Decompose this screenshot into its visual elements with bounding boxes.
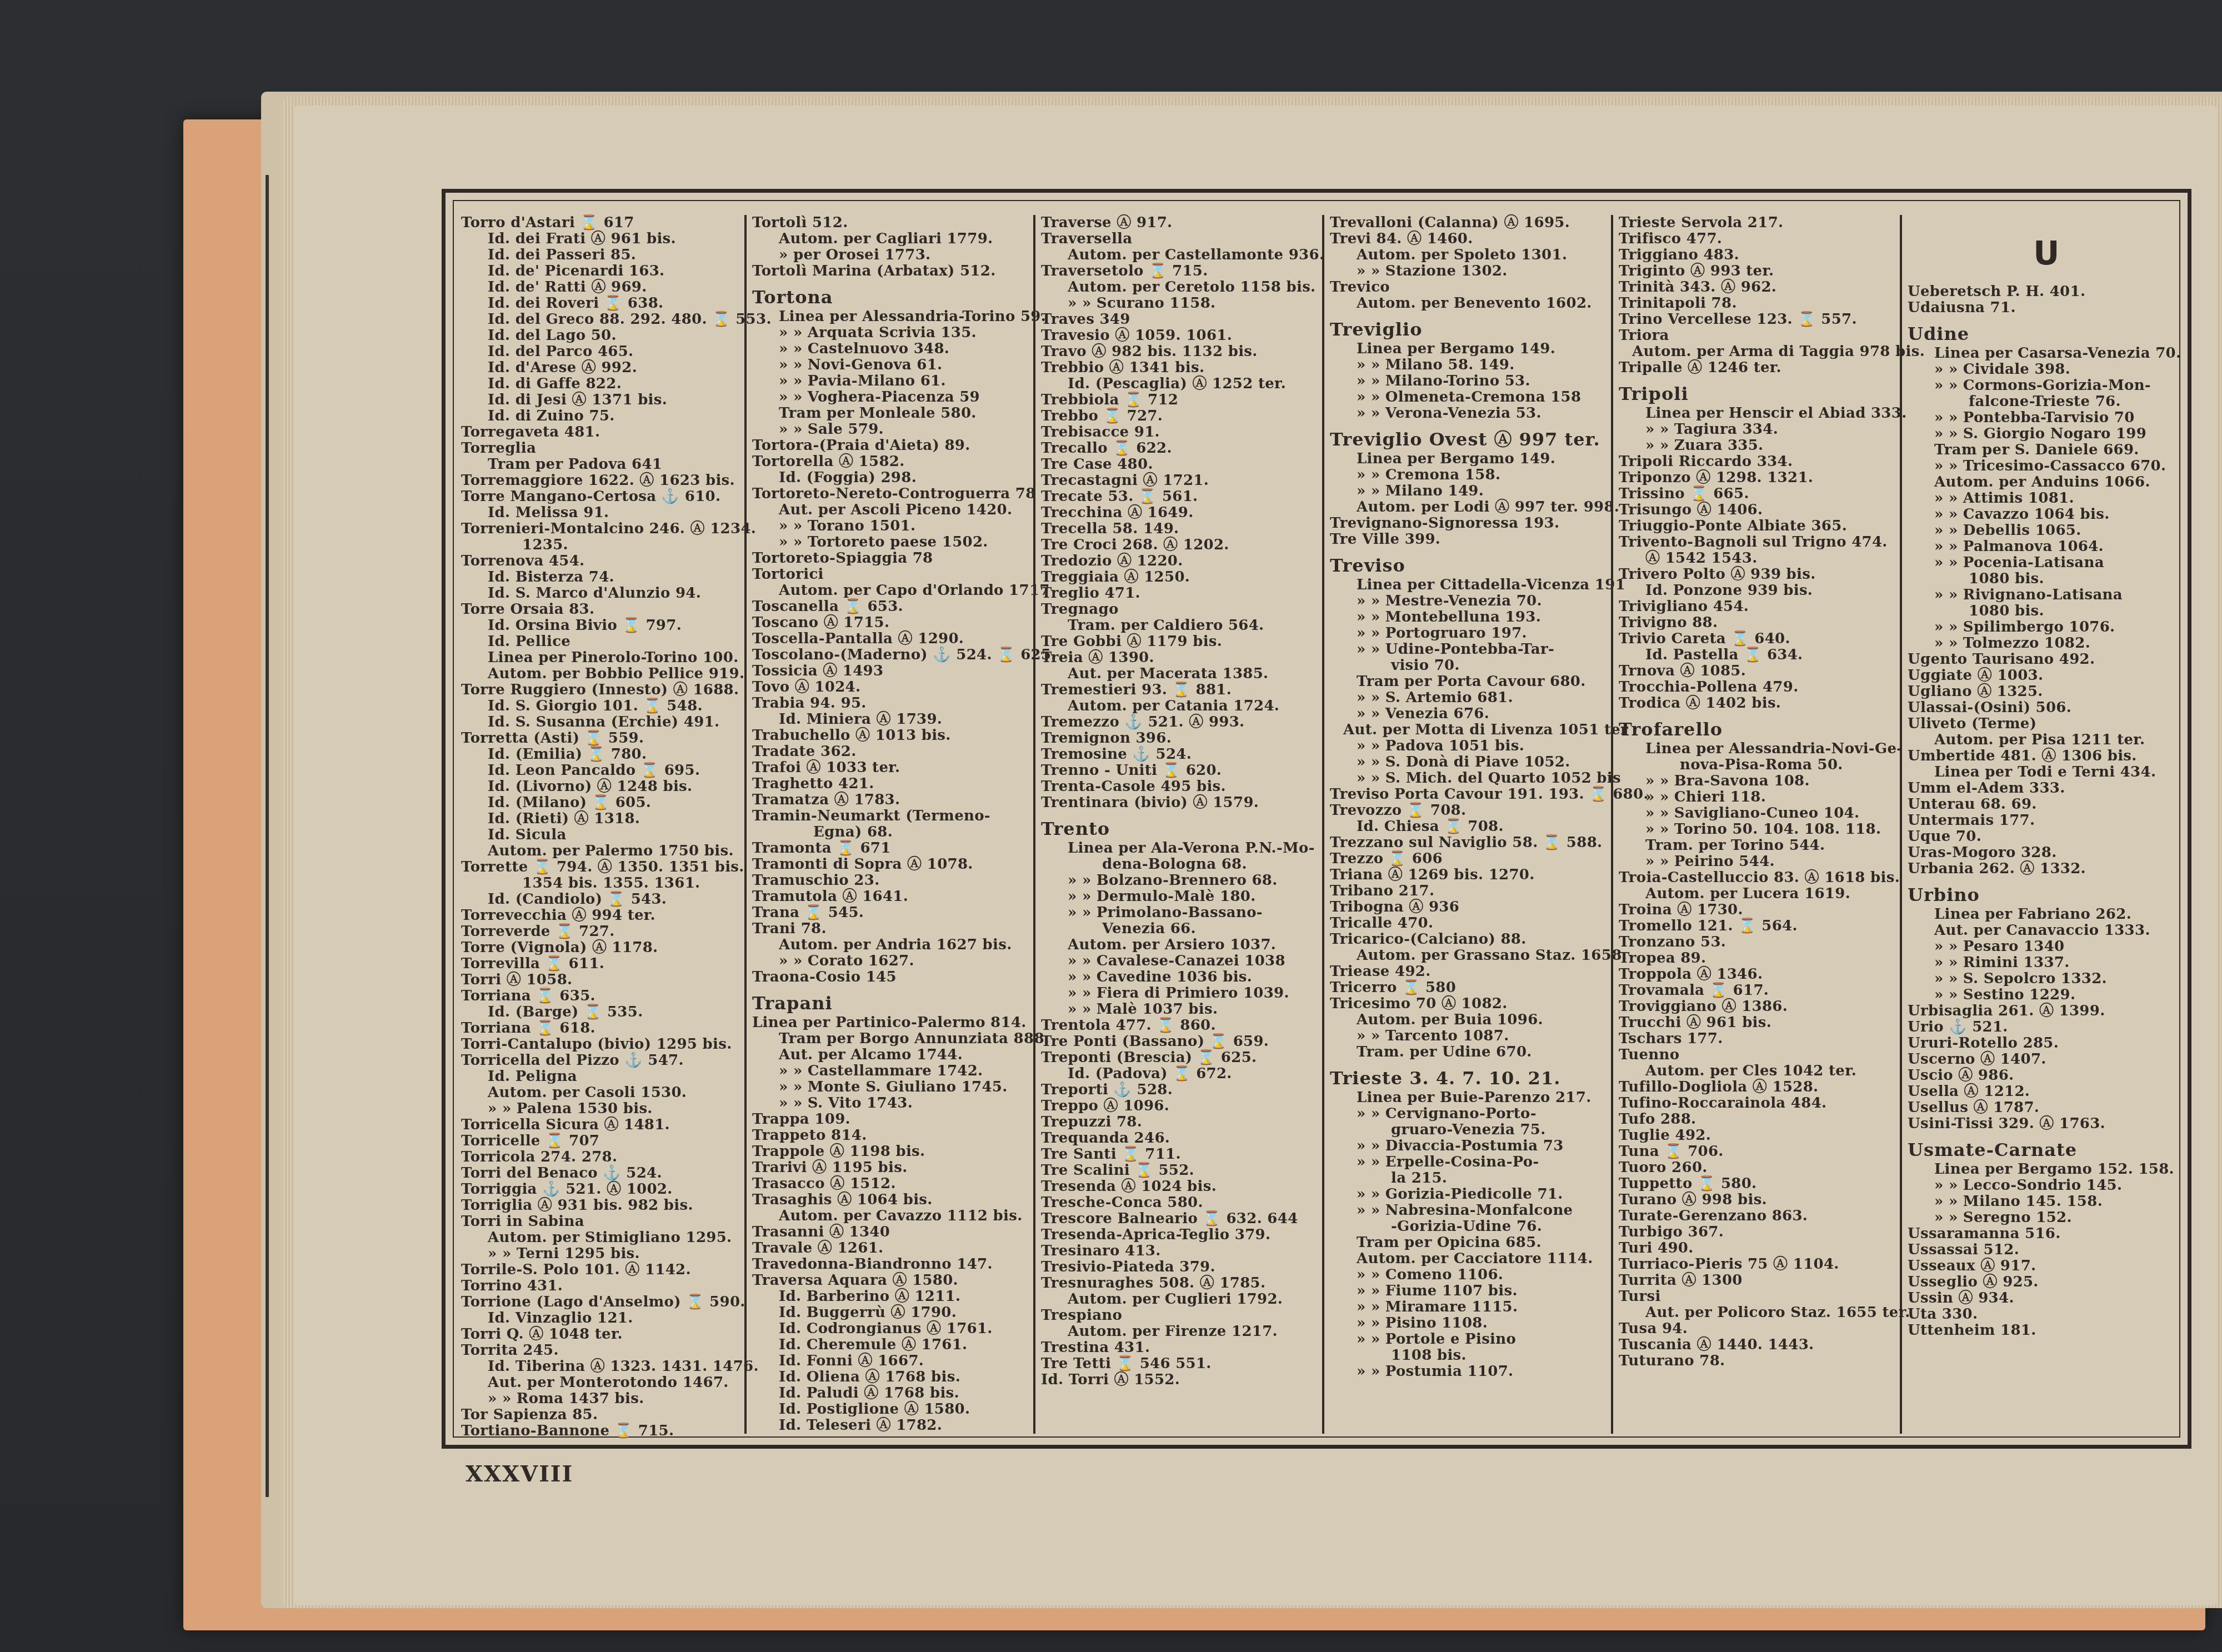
index-entry: Usseaux Ⓐ 917.: [1908, 1258, 2185, 1274]
index-entry: Turrita Ⓐ 1300: [1619, 1273, 1896, 1289]
index-heading: Trento: [1041, 821, 1319, 837]
index-entry: Autom. per Andria 1627 bis.: [752, 937, 1030, 953]
index-entry: Autom. per Anduins 1066.: [1908, 474, 2185, 490]
index-entry: Linea per Bergamo 152. 158.: [1908, 1162, 2185, 1178]
index-entry: Traghetto 421.: [752, 776, 1030, 792]
index-entry: Tram. per Torino 544.: [1619, 838, 1896, 854]
index-entry: Autom. per Castellamonte 936.: [1041, 247, 1319, 263]
index-entry: Trevalloni (Calanna) Ⓐ 1695.: [1330, 215, 1608, 231]
index-entry: Id. de' Ratti Ⓐ 969.: [461, 279, 739, 296]
index-entry: Tuscania Ⓐ 1440. 1443.: [1619, 1337, 1896, 1353]
index-entry: 1080 bis.: [1908, 571, 2185, 587]
index-entry: Torri in Sabina: [461, 1214, 739, 1230]
index-entry: Torrevilla ⌛ 611.: [461, 956, 739, 972]
index-entry: » » S. Giorgio Nogaro 199: [1908, 426, 2185, 442]
index-entry: Uscerno Ⓐ 1407.: [1908, 1052, 2185, 1068]
index-heading: Treviglio: [1330, 322, 1608, 338]
index-entry: Treppo Ⓐ 1096.: [1041, 1098, 1319, 1114]
index-entry: Triora: [1619, 328, 1896, 344]
index-entry: Tuoro 260.: [1619, 1160, 1896, 1176]
index-entry: Id. Fonni Ⓐ 1667.: [752, 1353, 1030, 1369]
index-entry: » » Cavalese-Canazei 1038: [1041, 953, 1319, 969]
index-entry: » » Torino 50. 104. 108. 118.: [1619, 822, 1896, 838]
index-entry: Tresnuraghes 508. Ⓐ 1785.: [1041, 1275, 1319, 1291]
index-entry: Id. del Parco 465.: [461, 344, 739, 360]
index-heading: Treviso: [1330, 558, 1608, 574]
index-entry: Treglio 471.: [1041, 585, 1319, 602]
index-entry: Autom. per Cagliari 1779.: [752, 231, 1030, 247]
index-entry: la 215.: [1330, 1170, 1608, 1187]
index-entry: Torrevecchia Ⓐ 994 ter.: [461, 908, 739, 924]
index-entry: Id. (Pescaglia) Ⓐ 1252 ter.: [1041, 376, 1319, 392]
index-entry: Uque 70.: [1908, 829, 2185, 845]
index-entry: Tortoreto-Spiaggia 78: [752, 550, 1030, 567]
index-column-6: U Ueberetsch P. H. 401.Udaiusna 71.Udine…: [1908, 215, 2185, 1434]
index-entry: » » Corato 1627.: [752, 953, 1030, 969]
index-entry: Troina Ⓐ 1730.: [1619, 902, 1896, 918]
column-divider: [1900, 215, 1902, 1434]
index-entry: Uscio Ⓐ 986.: [1908, 1068, 2185, 1084]
index-entry: » » Fiera di Primiero 1039.: [1041, 985, 1319, 1002]
index-entry: Id. del Lago 50.: [461, 328, 739, 344]
index-entry: Id. (Rieti) Ⓐ 1318.: [461, 811, 739, 827]
index-entry: Autom. per Palermo 1750 bis.: [461, 843, 739, 859]
index-entry: Tresche-Conca 580.: [1041, 1195, 1319, 1211]
index-entry: Trafoi Ⓐ 1033 ter.: [752, 760, 1030, 776]
index-entry: Tortoreto-Nereto-Controguerra 78: [752, 486, 1030, 502]
index-entry: Trarivi Ⓐ 1195 bis.: [752, 1160, 1030, 1176]
index-entry: » » Debellis 1065.: [1908, 523, 2185, 539]
index-entry: Trani 78.: [752, 921, 1030, 937]
index-entry: Tor Sapienza 85.: [461, 1407, 739, 1423]
index-entry: Aut. per Monterotondo 1467.: [461, 1375, 739, 1391]
index-entry: Trasacco Ⓐ 1512.: [752, 1176, 1030, 1192]
index-entry: Linea per Buie-Parenzo 217.: [1330, 1090, 1608, 1106]
index-entry: Id. di Gaffe 822.: [461, 376, 739, 392]
index-entry: » » Roma 1437 bis.: [461, 1391, 739, 1407]
index-entry: » » Montebelluna 193.: [1330, 609, 1608, 625]
index-entry: Unterau 68. 69.: [1908, 797, 2185, 813]
index-entry: Tortora-(Praia d'Aieta) 89.: [752, 438, 1030, 454]
index-entry: Torre (Vignola) Ⓐ 1178.: [461, 940, 739, 956]
index-entry: Tribano 217.: [1330, 883, 1608, 899]
index-entry: Uta 330.: [1908, 1306, 2185, 1323]
index-entry: Id. Bisterza 74.: [461, 569, 739, 585]
index-entry: Torretta (Asti) ⌛ 559.: [461, 730, 739, 747]
index-entry: Torrenieri-Montalcino 246. Ⓐ 1234.: [461, 521, 739, 537]
index-entry: Triana Ⓐ 1269 bis. 1270.: [1330, 867, 1608, 883]
index-entry: » » Lecco-Sondrio 145.: [1908, 1178, 2185, 1194]
index-entry: Ueberetsch P. H. 401.: [1908, 284, 2185, 300]
index-entry: » » Olmeneta-Cremona 158: [1330, 389, 1608, 406]
page-number: XXXVIII: [466, 1461, 573, 1487]
index-entry: Urbania 262. Ⓐ 1332.: [1908, 861, 2185, 877]
index-entry: Tufillo-Dogliola Ⓐ 1528.: [1619, 1079, 1896, 1095]
index-entry: Trivigliano 454.: [1619, 599, 1896, 615]
index-entry: Tovo Ⓐ 1024.: [752, 679, 1030, 695]
index-entry: 1354 bis. 1355. 1361.: [461, 875, 739, 892]
index-entry: Torre Ruggiero (Innesto) Ⓐ 1688.: [461, 682, 739, 698]
index-entry: Id. Leon Pancaldo ⌛ 695.: [461, 763, 739, 779]
index-entry: Torrino 431.: [461, 1278, 739, 1294]
index-entry: Uras-Mogoro 328.: [1908, 845, 2185, 861]
index-entry: » per Orosei 1773.: [752, 247, 1030, 263]
index-entry: Id. (Emilia) ⌛ 780.: [461, 747, 739, 763]
index-entry: Id. dei Roveri ⌛ 638.: [461, 296, 739, 312]
index-entry: Tresinaro 413.: [1041, 1243, 1319, 1259]
index-entry: Torriana ⌛ 618.: [461, 1020, 739, 1037]
index-entry: Trezzano sul Naviglio 58. ⌛ 588.: [1330, 835, 1608, 851]
index-entry: Untermais 177.: [1908, 813, 2185, 829]
index-entry: Trentola 477. ⌛ 860.: [1041, 1018, 1319, 1034]
index-entry: Torricola 274. 278.: [461, 1149, 739, 1165]
index-entry: Tschars 177.: [1619, 1031, 1896, 1047]
index-entry: » » Cremona 158.: [1330, 467, 1608, 483]
index-column-1: Torro d'Astari ⌛ 617Id. dei Frati Ⓐ 961 …: [461, 215, 739, 1434]
index-entry: Trenta-Casole 495 bis.: [1041, 779, 1319, 795]
index-entry: Toscanella ⌛ 653.: [752, 599, 1030, 615]
index-heading: Usmate-Carnate: [1908, 1142, 2185, 1158]
index-entry: Torriggia ⚓ 521. Ⓐ 1002.: [461, 1182, 739, 1198]
index-entry: » » Zuara 335.: [1619, 438, 1896, 454]
index-entry: Tricerro ⌛ 580: [1330, 980, 1608, 996]
index-entry: Aut. per Macerata 1385.: [1041, 666, 1319, 682]
column-divider: [744, 215, 747, 1434]
index-entry: Tremezzo ⚓ 521. Ⓐ 993.: [1041, 714, 1319, 730]
index-entry: Tropea 89.: [1619, 950, 1896, 967]
index-entry: Tram per Monleale 580.: [752, 406, 1030, 422]
index-entry: Torro d'Astari ⌛ 617: [461, 215, 739, 231]
index-entry: Tramin-Neumarkt (Termeno-: [752, 808, 1030, 824]
index-entry: Tuna ⌛ 706.: [1619, 1144, 1896, 1160]
index-entry: Tramonti di Sopra Ⓐ 1078.: [752, 857, 1030, 873]
index-entry: Tramutola Ⓐ 1641.: [752, 889, 1030, 905]
index-entry: Torre Mangano-Certosa ⚓ 610.: [461, 489, 739, 505]
index-entry: Tusa 94.: [1619, 1321, 1896, 1337]
column-divider: [1322, 215, 1324, 1434]
index-entry: » » Bolzano-Brennero 68.: [1041, 873, 1319, 889]
index-entry: Trappole Ⓐ 1198 bis.: [752, 1144, 1030, 1160]
index-entry: Usella Ⓐ 1212.: [1908, 1084, 2185, 1100]
index-entry: Trecchina Ⓐ 1649.: [1041, 505, 1319, 521]
index-entry: » » Cavazzo 1064 bis.: [1908, 507, 2185, 523]
index-entry: Trescore Balneario ⌛ 632. 644: [1041, 1211, 1319, 1227]
index-entry: Tram per Opicina 685.: [1330, 1235, 1608, 1251]
index-entry: Trinitapoli 78.: [1619, 296, 1896, 312]
index-entry: Trivero Polto Ⓐ 939 bis.: [1619, 567, 1896, 583]
index-entry: Usseglio Ⓐ 925.: [1908, 1274, 2185, 1290]
index-entry: Trisungo Ⓐ 1406.: [1619, 502, 1896, 518]
index-entry: Trabia 94. 95.: [752, 695, 1030, 712]
index-entry: Torri del Benaco ⚓ 524.: [461, 1165, 739, 1182]
index-entry: Autom. per Spoleto 1301.: [1330, 247, 1608, 263]
index-entry: » » S. Mich. del Quarto 1052 bis: [1330, 770, 1608, 787]
index-entry: Traversa Aquara Ⓐ 1580.: [752, 1273, 1030, 1289]
index-entry: Tricalle 470.: [1330, 915, 1608, 932]
index-entry: Linea per Partinico-Palermo 814.: [752, 1015, 1030, 1031]
index-entry: » » Nabresina-Monfalcone: [1330, 1203, 1608, 1219]
index-entry: » » Cervignano-Porto-: [1330, 1106, 1608, 1122]
index-entry: Id. Ponzone 939 bis.: [1619, 583, 1896, 599]
index-entry: Autom. per Bobbio Pellice 919.: [461, 666, 739, 682]
index-entry: Id. Vinzaglio 121.: [461, 1310, 739, 1326]
index-entry: Id. dei Frati Ⓐ 961 bis.: [461, 231, 739, 247]
index-entry: Ussaramanna 516.: [1908, 1226, 2185, 1242]
index-entry: Torre Orsaia 83.: [461, 602, 739, 618]
index-entry: dena-Bologna 68.: [1041, 857, 1319, 873]
index-entry: Linea per Fabriano 262.: [1908, 907, 2185, 923]
index-entry: Trivento-Bagnoli sul Trigno 474.: [1619, 534, 1896, 550]
index-entry: Autom. per Grassano Staz. 1658.: [1330, 948, 1608, 964]
index-entry: » » Sestino 1229.: [1908, 987, 2185, 1003]
index-entry: Toscella-Pantalla Ⓐ 1290.: [752, 631, 1030, 647]
index-entry: Tredozio Ⓐ 1220.: [1041, 553, 1319, 569]
index-entry: Id. di Zuino 75.: [461, 408, 739, 424]
index-entry: Tremignon 396.: [1041, 730, 1319, 747]
index-entry: Ugliano Ⓐ 1325.: [1908, 684, 2185, 700]
index-entry: » » S. Artemio 681.: [1330, 690, 1608, 706]
index-entry: Trebisacce 91.: [1041, 424, 1319, 440]
index-heading: Udine: [1908, 326, 2185, 342]
index-entry: Torricella Sicura Ⓐ 1481.: [461, 1117, 739, 1133]
index-entry: » » Spilimbergo 1076.: [1908, 619, 2185, 635]
index-entry: Tram per Borgo Annunziata 888.: [752, 1031, 1030, 1047]
index-entry: Urbisaglia 261. Ⓐ 1399.: [1908, 1003, 2185, 1019]
index-column-5: Trieste Servola 217.Trifisco 477.Triggia…: [1619, 215, 1896, 1434]
index-entry: Tuppetto ⌛ 580.: [1619, 1176, 1896, 1192]
index-entry: Trifisco 477.: [1619, 231, 1896, 247]
index-entry: Uttenheim 181.: [1908, 1323, 2185, 1339]
index-entry: Tremestieri 93. ⌛ 881.: [1041, 682, 1319, 698]
index-entry: Linea per Pinerolo-Torino 100.: [461, 650, 739, 666]
index-entry: Umbertide 481. Ⓐ 1306 bis.: [1908, 748, 2185, 764]
index-entry: » » Stazione 1302.: [1330, 263, 1608, 279]
index-entry: Autom. per Capo d'Orlando 1717: [752, 583, 1030, 599]
index-entry: Trivigno 88.: [1619, 615, 1896, 631]
index-entry: Id. (Livorno) Ⓐ 1248 bis.: [461, 779, 739, 795]
index-entry: Id. S. Marco d'Alunzio 94.: [461, 585, 739, 602]
index-entry: Autom. per Ceretolo 1158 bis.: [1041, 279, 1319, 296]
index-entry: Triuggio-Ponte Albiate 365.: [1619, 518, 1896, 534]
index-entry: » » Milano 149.: [1330, 483, 1608, 499]
index-entry: Torriana ⌛ 635.: [461, 988, 739, 1004]
index-entry: Tresenda-Aprica-Teglio 379.: [1041, 1227, 1319, 1243]
index-entry: Id. d'Arese Ⓐ 992.: [461, 360, 739, 376]
index-entry: Tuturano 78.: [1619, 1353, 1896, 1369]
index-entry: Autom. per Buia 1096.: [1330, 1012, 1608, 1028]
index-entry: Trappa 109.: [752, 1112, 1030, 1128]
index-entry: » » Bra-Savona 108.: [1619, 773, 1896, 789]
index-heading: Trapani: [752, 995, 1030, 1012]
index-entry: » » Tricesimo-Cassacco 670.: [1908, 458, 2185, 474]
index-entry: » » Gorizia-Piedicolle 71.: [1330, 1187, 1608, 1203]
index-entry: » » Miramare 1115.: [1330, 1299, 1608, 1315]
index-entry: Trebbo ⌛ 727.: [1041, 408, 1319, 424]
index-entry: nova-Pisa-Roma 50.: [1619, 757, 1896, 773]
index-entry: Id. Torri Ⓐ 1552.: [1041, 1372, 1319, 1388]
index-entry: Torregaveta 481.: [461, 424, 739, 440]
index-entry: Tortiano-Bannone ⌛ 715.: [461, 1423, 739, 1439]
index-entry: Id. Peligna: [461, 1069, 739, 1085]
index-entry: Aut. per Canavaccio 1333.: [1908, 923, 2185, 939]
index-entry: Id. (Padova) ⌛ 672.: [1041, 1066, 1319, 1082]
index-entry: Id. Paludi Ⓐ 1768 bis.: [752, 1385, 1030, 1401]
index-entry: Id. Sicula: [461, 827, 739, 843]
index-entry: Turi 490.: [1619, 1240, 1896, 1256]
index-entry: Trenno - Uniti ⌛ 620.: [1041, 763, 1319, 779]
index-entry: Traversella: [1041, 231, 1319, 247]
index-entry: Id. S. Susanna (Erchie) 491.: [461, 714, 739, 730]
index-entry: Tortolì 512.: [752, 215, 1030, 231]
column-divider: [1033, 215, 1035, 1434]
index-entry: Torriglia Ⓐ 931 bis. 982 bis.: [461, 1198, 739, 1214]
index-entry: Tre Case 480.: [1041, 457, 1319, 473]
index-entry: Ⓐ 1542 1543.: [1619, 550, 1896, 567]
index-heading: Trofarello: [1619, 722, 1896, 738]
index-entry: » » Cormons-Gorizia-Mon-: [1908, 378, 2185, 394]
index-entry: Troppola Ⓐ 1346.: [1619, 967, 1896, 983]
index-entry: Trevignano-Signoressa 193.: [1330, 515, 1608, 532]
index-entry: » » Mestre-Venezia 70.: [1330, 593, 1608, 609]
index-entry: Trevico: [1330, 279, 1608, 296]
index-entry: Trnova Ⓐ 1085.: [1619, 663, 1896, 679]
index-entry: » » Monte S. Giuliano 1745.: [752, 1079, 1030, 1095]
index-entry: Udaiusna 71.: [1908, 300, 2185, 316]
index-entry: » » Palena 1530 bis.: [461, 1101, 739, 1117]
index-entry: Ussassai 512.: [1908, 1242, 2185, 1258]
index-entry: Tram. per Udine 670.: [1330, 1044, 1608, 1060]
index-entry: » » Erpelle-Cosina-Po-: [1330, 1154, 1608, 1170]
index-entry: Triginto Ⓐ 993 ter.: [1619, 263, 1896, 279]
index-entry: Torrenova 454.: [461, 553, 739, 569]
index-entry: » » Venezia 676.: [1330, 706, 1608, 722]
index-entry: Autom. per Lodi Ⓐ 997 ter. 998.: [1330, 499, 1608, 515]
index-entry: Venezia 66.: [1041, 921, 1319, 937]
index-entry: Troviggiano Ⓐ 1386.: [1619, 999, 1896, 1015]
index-entry: » » Voghera-Piacenza 59: [752, 389, 1030, 406]
index-entry: Autom. per Stimigliano 1295.: [461, 1230, 739, 1246]
index-entry: » » Novi-Genova 61.: [752, 357, 1030, 373]
index-entry: » » Cividale 398.: [1908, 362, 2185, 378]
index-entry: Torremaggiore 1622. Ⓐ 1623 bis.: [461, 473, 739, 489]
index-entry: » » Pontebba-Tarvisio 70: [1908, 410, 2185, 426]
index-entry: Tripalle Ⓐ 1246 ter.: [1619, 360, 1896, 376]
index-entry: » » Milano-Torino 53.: [1330, 373, 1608, 389]
index-entry: Trespiano: [1041, 1308, 1319, 1324]
index-entry: Autom. per Benevento 1602.: [1330, 296, 1608, 312]
index-entry: Autom. per Cuglieri 1792.: [1041, 1291, 1319, 1308]
index-entry: Tram per Porta Cavour 680.: [1330, 674, 1608, 690]
index-entry: Aut. per Motta di Livenza 1051 ter: [1330, 722, 1608, 738]
index-entry: Trabuchello Ⓐ 1013 bis.: [752, 728, 1030, 744]
index-frame: Torro d'Astari ⌛ 617Id. dei Frati Ⓐ 961 …: [442, 189, 2191, 1449]
index-entry: Trucchi Ⓐ 961 bis.: [1619, 1015, 1896, 1031]
index-entry: Torrile-S. Polo 101. Ⓐ 1142.: [461, 1262, 739, 1278]
index-entry: » » Portole e Pisino: [1330, 1331, 1608, 1348]
index-entry: Trequanda 246.: [1041, 1130, 1319, 1147]
index-heading: Trieste 3. 4. 7. 10. 21.: [1330, 1070, 1608, 1087]
index-entry: » » Scurano 1158.: [1041, 296, 1319, 312]
index-entry: Tromello 121. ⌛ 564.: [1619, 918, 1896, 934]
index-entry: Id. Tiberina Ⓐ 1323. 1431. 1476.: [461, 1359, 739, 1375]
index-entry: Trevozzo ⌛ 708.: [1330, 803, 1608, 819]
index-entry: » » Palmanova 1064.: [1908, 539, 2185, 555]
index-entry: Id. di Jesi Ⓐ 1371 bis.: [461, 392, 739, 408]
index-entry: Tremosine ⚓ 524.: [1041, 747, 1319, 763]
index-heading: Treviglio Ovest Ⓐ 997 ter.: [1330, 432, 1608, 448]
index-entry: Linea per Bergamo 149.: [1330, 341, 1608, 357]
index-entry: Turano Ⓐ 998 bis.: [1619, 1192, 1896, 1208]
index-entry: » » Pavia-Milano 61.: [752, 373, 1030, 389]
index-entry: Id. (Milano) ⌛ 605.: [461, 795, 739, 811]
index-entry: Ussin Ⓐ 934.: [1908, 1290, 2185, 1306]
index-entry: » » Tolmezzo 1082.: [1908, 635, 2185, 652]
index-entry: Autom. per Lucera 1619.: [1619, 886, 1896, 902]
index-entry: Umm el-Adem 333.: [1908, 780, 2185, 797]
index-entry: Tramonta ⌛ 671: [752, 840, 1030, 857]
index-entry: -Gorizia-Udine 76.: [1330, 1219, 1608, 1235]
index-entry: Trepuzzi 78.: [1041, 1114, 1319, 1130]
index-entry: 1235.: [461, 537, 739, 553]
index-entry: Linea per Alessandria-Torino 59.: [752, 309, 1030, 325]
index-entry: Tresenda Ⓐ 1024 bis.: [1041, 1179, 1319, 1195]
index-entry: Autom. per Catania 1724.: [1041, 698, 1319, 714]
index-entry: Torreglia: [461, 440, 739, 457]
index-entry: Trissino ⌛ 665.: [1619, 486, 1896, 502]
index-entry: Trana ⌛ 545.: [752, 905, 1030, 921]
index-entry: Toscolano-(Maderno) ⚓ 524. ⌛ 625.: [752, 647, 1030, 663]
index-entry: falcone-Trieste 76.: [1908, 394, 2185, 410]
index-entry: Trecella 58. 149.: [1041, 521, 1319, 537]
index-entry: Linea per Ala-Verona P.N.-Mo-: [1041, 840, 1319, 857]
previous-page-border: [266, 175, 269, 1497]
index-entry: Tram per S. Daniele 669.: [1908, 442, 2185, 458]
index-entry: Trebbio Ⓐ 1341 bis.: [1041, 360, 1319, 376]
index-entry: Autom. per Pisa 1211 ter.: [1908, 732, 2185, 748]
index-entry: » » S. Vito 1743.: [752, 1095, 1030, 1112]
index-entry: » » Peirino 544.: [1619, 854, 1896, 870]
index-column-3: Traverse Ⓐ 917.TraversellaAutom. per Cas…: [1041, 215, 1319, 1434]
index-entry: » » Dermulo-Malè 180.: [1041, 889, 1319, 905]
index-entry: Torreverde ⌛ 727.: [461, 924, 739, 940]
index-entry: Turbigo 367.: [1619, 1224, 1896, 1240]
index-entry: Id. Pastella ⌛ 634.: [1619, 647, 1896, 663]
index-entry: Ulassai-(Osini) 506.: [1908, 700, 2185, 716]
index-entry: Id. S. Giorgio 101. ⌛ 548.: [461, 698, 739, 714]
index-entry: 1080 bis.: [1908, 603, 2185, 619]
index-entry: Trentinara (bivio) Ⓐ 1579.: [1041, 795, 1319, 811]
index-entry: Triggiano 483.: [1619, 247, 1896, 263]
index-entry: Trasanni Ⓐ 1340: [752, 1224, 1030, 1240]
index-entry: Trivio Careta ⌛ 640.: [1619, 631, 1896, 647]
index-heading: Urbino: [1908, 887, 2185, 903]
index-entry: Trino Vercellese 123. ⌛ 557.: [1619, 312, 1896, 328]
index-entry: Turriaco-Pieris 75 Ⓐ 1104.: [1619, 1256, 1896, 1273]
index-entry: » » Chieri 118.: [1619, 789, 1896, 805]
index-entry: Tronzano 53.: [1619, 934, 1896, 950]
index-entry: Traverse Ⓐ 917.: [1041, 215, 1319, 231]
index-entry: Id. Orsina Bivio ⌛ 797.: [461, 618, 739, 634]
index-entry: Id. Cheremule Ⓐ 1761.: [752, 1337, 1030, 1353]
index-entry: » » Rimini 1337.: [1908, 955, 2185, 971]
index-entry: Autom. per Arma di Taggia 978 bis.: [1619, 344, 1896, 360]
index-entry: Id. (Foggia) 298.: [752, 470, 1030, 486]
index-entry: » » Postumia 1107.: [1330, 1364, 1608, 1380]
index-entry: » » Udine-Pontebba-Tar-: [1330, 642, 1608, 658]
index-entry: Travedonna-Biandronno 147.: [752, 1256, 1030, 1273]
index-entry: Trebbiola ⌛ 712: [1041, 392, 1319, 408]
index-entry: » » S. Sepolcro 1332.: [1908, 971, 2185, 987]
